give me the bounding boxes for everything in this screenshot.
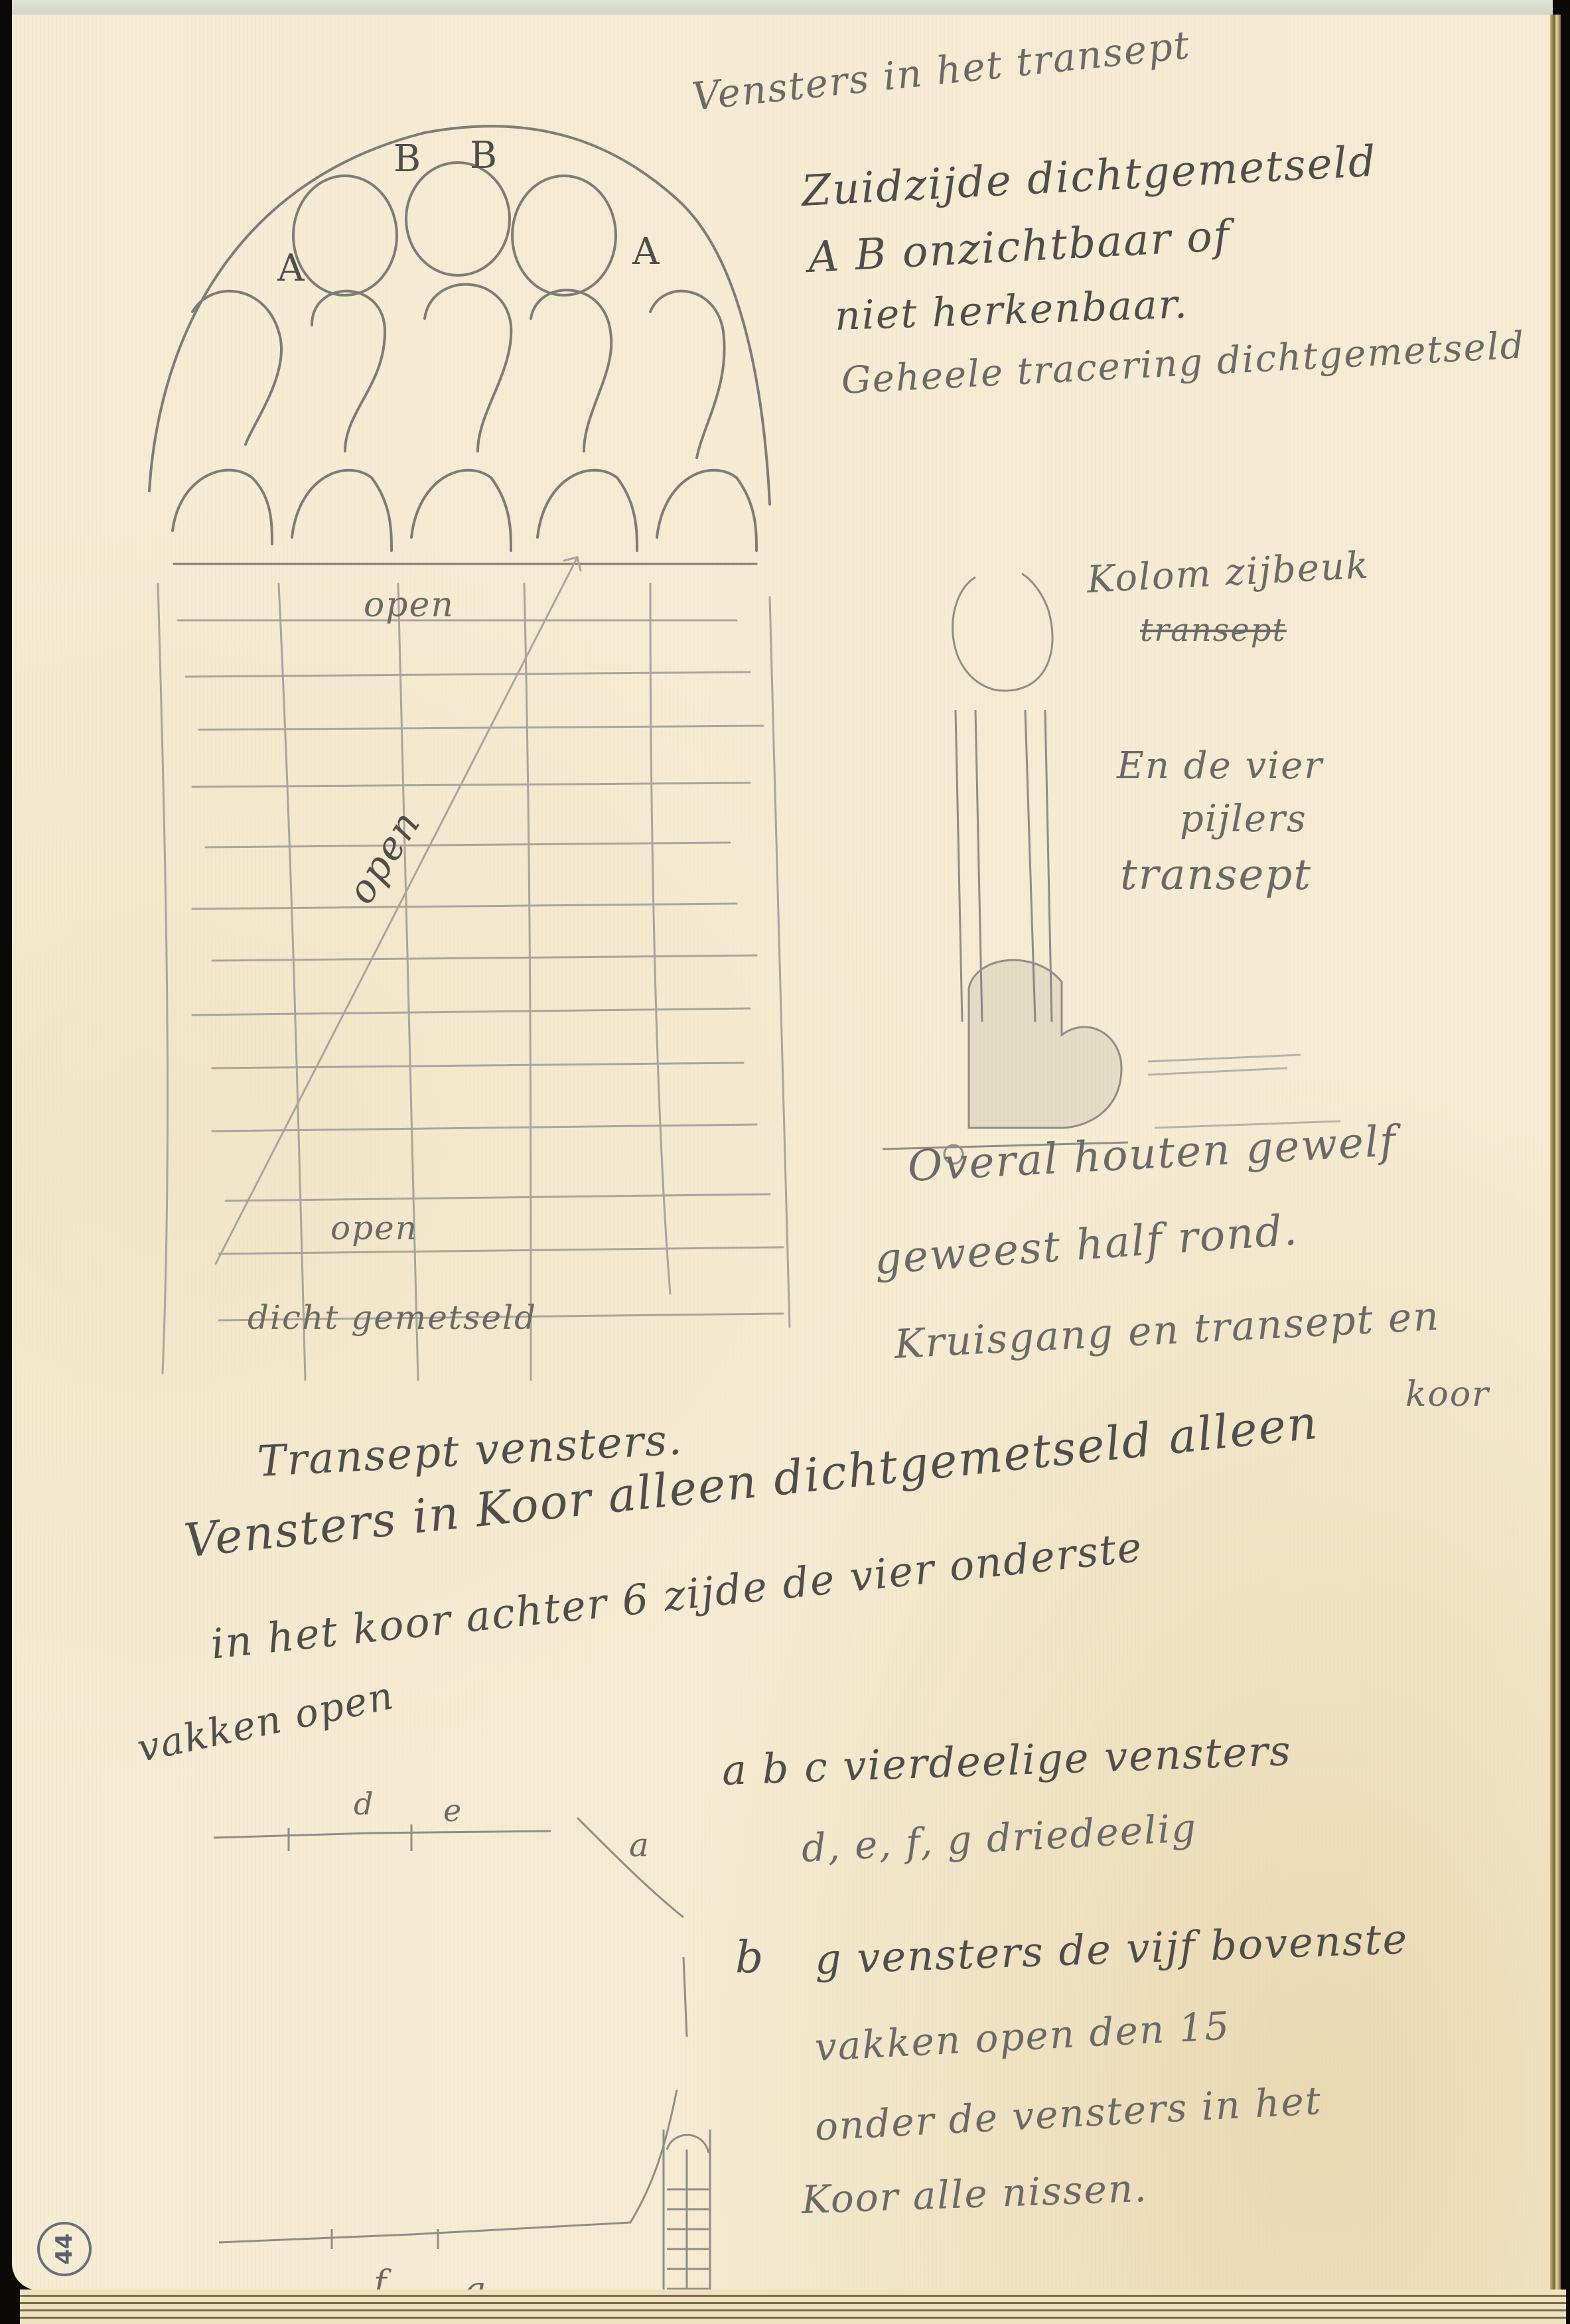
page-right-edge [1550, 15, 1561, 2297]
notes-block2-line4: koor [1405, 1375, 1490, 1414]
plan-label-g: g [463, 2270, 486, 2290]
annotation-bottom-pane: open [330, 1209, 418, 1247]
piers-note-line3: transept [1120, 851, 1312, 900]
annotation-top-pane: open [364, 585, 455, 625]
stacked-page-edges [20, 2290, 1566, 2324]
label-b-left: B [393, 137, 422, 180]
plan-label-e: e [443, 1793, 463, 1828]
page-number-stamp: 44 [37, 2222, 92, 2276]
plan-label-d: d [354, 1786, 374, 1822]
piers-note-line1: En de vier [1117, 744, 1323, 787]
plan-label-b: b [735, 1932, 764, 1983]
sketchbook-page: B B A A open open open dicht gemetseld V… [12, 15, 1553, 2290]
plan-label-a: a [629, 1826, 650, 1864]
piers-note-line2: pijlers [1180, 797, 1307, 841]
annotation-bricked-up: dicht gemetseld [248, 1298, 537, 1337]
label-a-right: A [632, 230, 660, 273]
column-note-struck: transept [1140, 612, 1287, 649]
label-b-right: B [470, 134, 498, 177]
plan-label-f: f [374, 2264, 388, 2290]
label-a-left: A [277, 247, 305, 290]
